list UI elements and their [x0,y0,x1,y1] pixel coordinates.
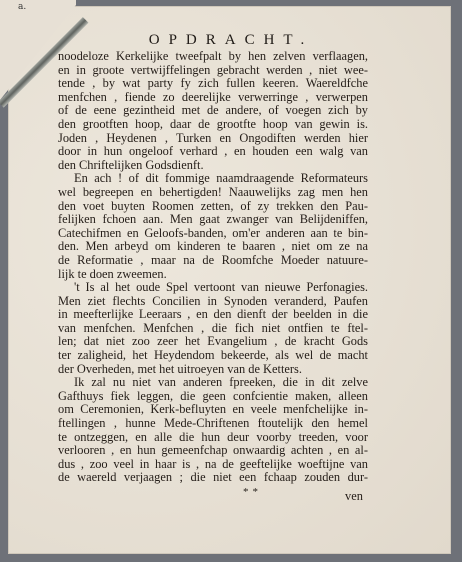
text-line: Men ziet flechts Concilien in Synoden ve… [58,295,368,309]
text-line: der Overheden, met het uitroeyen van de … [58,363,368,377]
text-line: Joden , Heydenen , Turken en Ongodiften … [58,132,368,146]
text-line: de waereld verjaagen ; die niet een fcha… [58,471,368,485]
text-line: felijken fchoen aan. Men gaat zwanger va… [58,213,368,227]
page-heading: OPDRACHT. [0,32,462,49]
text-line: ter zaligheid, het Heydendom bekeerde, a… [58,349,368,363]
text-line: ftellingen , hunne Mede-Chriftenen ftout… [58,417,368,431]
text-line: len; dat niet zoo zeer het Evangelium , … [58,335,368,349]
text-line: van menfchen. Menfchen , die fich niet o… [58,322,368,336]
text-line: wel begreepen en behertigden! Naauwelijk… [58,186,368,200]
text-line: Ik zal nu niet van anderen fpreeken, die… [58,376,368,390]
text-line: door in hun ongeloof verhard , en houden… [58,145,368,159]
text-line: En ach ! of dit fommige naamdraagende Re… [58,172,368,186]
text-line: 't Is al het oude Spel vertoont van nieu… [58,281,368,295]
text-line: om Ceremonien, Kerk-befluyten en veele m… [58,403,368,417]
signature-mark: ** [243,486,262,498]
text-line: den. Men arbeyd om kinderen te baaren , … [58,240,368,254]
text-line: in meefterlijke Leeraars , en den dienft… [58,308,368,322]
text-line: tende , by wat party fy zich fullen keer… [58,77,368,91]
text-line: den Chriftelijken Godsdienft. [58,159,368,173]
text-line: noodeloze Kerkelijke tweefpalt by hen ze… [58,50,368,64]
text-line: of de eene gezintheid met de andere, of … [58,104,368,118]
previous-page-mark: a. [18,2,26,12]
text-line: den grootften hoop, daar de grootfte hoo… [58,118,368,132]
text-line: dus , zoo veel in haar is , na de geefte… [58,458,368,472]
text-line: en in groote vertwijffelingen gebracht w… [58,64,368,78]
text-line: Catechifmen en Geloofs-banden, om'er and… [58,227,368,241]
text-line: de Reformatie , maar na de Roomfche Moed… [58,254,368,268]
text-line: te ontzeggen, en alle die hun deur voorb… [58,431,368,445]
text-line: Gafthuys fiek leggen, die geen confcient… [58,390,368,404]
text-line: verlooren , en hun gemeenfchap onwaardig… [58,444,368,458]
text-line: menfchen , fiende zo deerelijke verwerri… [58,91,368,105]
text-line: den voet buyten Roomen zetten, of zy tre… [58,200,368,214]
body-text: noodeloze Kerkelijke tweefpalt by hen ze… [58,50,368,485]
text-line: lijk te doen zweemen. [58,268,368,282]
catchword: ven [345,489,363,504]
